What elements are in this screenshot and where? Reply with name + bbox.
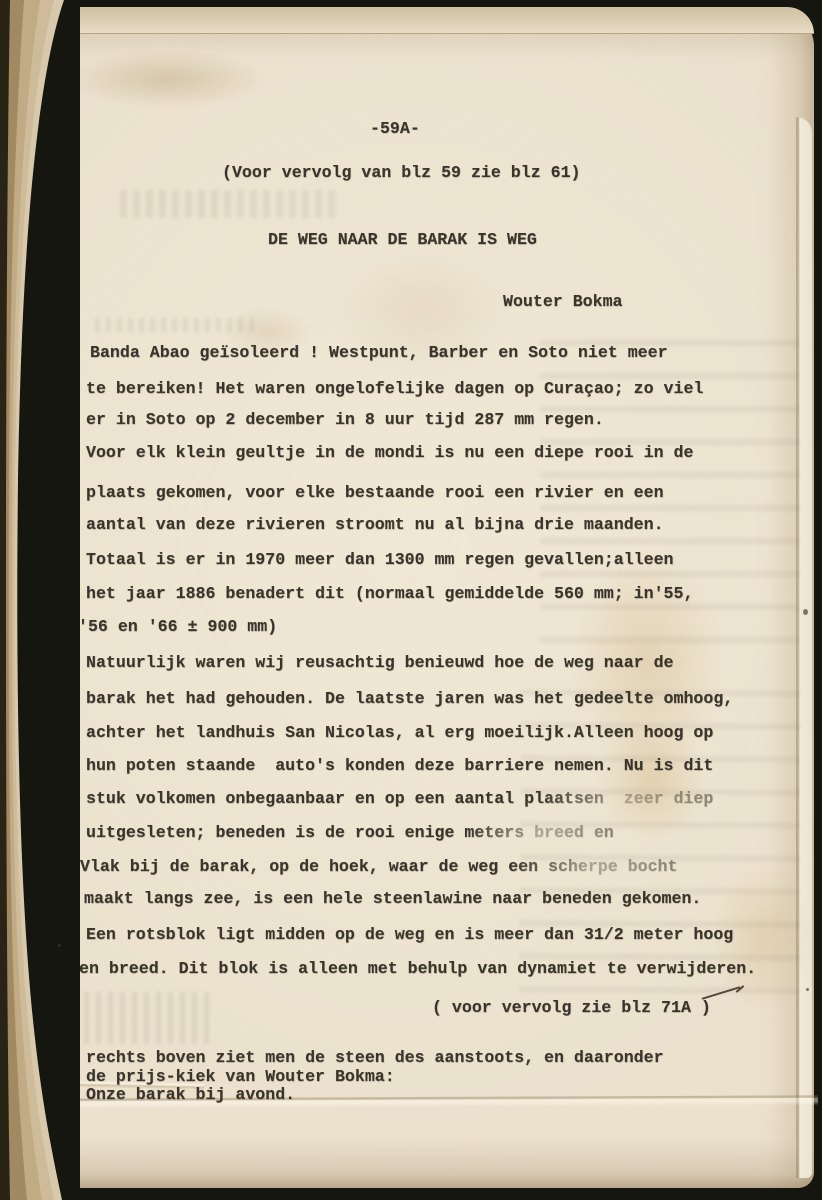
- body-line: er in Soto op 2 december in 8 uur tijd 2…: [86, 411, 604, 429]
- body-line: stuk volkomen onbegaanbaar en op een aan…: [86, 790, 713, 808]
- paper-speck: [58, 944, 61, 947]
- caption-line: rechts boven ziet men de steen des aanst…: [86, 1049, 664, 1067]
- body-line: uitgesleten; beneden is de rooi enige me…: [86, 824, 614, 842]
- body-line: Totaal is er in 1970 meer dan 1300 mm re…: [86, 551, 674, 569]
- paper-speck: [803, 609, 808, 615]
- body-line: en breed. Dit blok is alleen met behulp …: [79, 960, 756, 978]
- body-line: hun poten staande auto's konden deze bar…: [86, 757, 713, 775]
- body-line: achter het landhuis San Nicolas, al erg …: [86, 724, 713, 742]
- body-line: barak het had gehouden. De laatste jaren…: [86, 690, 733, 708]
- caption-line: de prijs-kiek van Wouter Bokma:: [86, 1068, 395, 1086]
- paper-speck: [806, 988, 809, 991]
- body-line: plaats gekomen, voor elke bestaande rooi…: [86, 484, 664, 502]
- body-line: Vlak bij de barak, op de hoek, waar de w…: [80, 858, 677, 876]
- continuation-note-bottom: ( voor vervolg zie blz 71A ): [432, 999, 711, 1017]
- body-line: Banda Abao geïsoleerd ! Westpunt, Barber…: [90, 344, 668, 362]
- page-number: -59A-: [370, 120, 420, 138]
- page-top-edge: [12, 7, 814, 34]
- body-line: Natuurlijk waren wij reusachtig benieuwd…: [86, 654, 674, 672]
- body-line: Voor elk klein geultje in de mondi is nu…: [86, 444, 693, 462]
- body-line: maakt langs zee, is een hele steenlawine…: [84, 890, 701, 908]
- page-stack-edge: [0, 0, 80, 1200]
- article-title: DE WEG NAAR DE BARAK IS WEG: [268, 231, 537, 249]
- continuation-note-top: (Voor vervolg van blz 59 zie blz 61): [222, 164, 580, 182]
- body-line: aantal van deze rivieren stroomt nu al b…: [86, 516, 664, 534]
- body-line: Een rotsblok ligt midden op de weg en is…: [86, 926, 733, 944]
- paper-stain: [67, 49, 267, 109]
- book-photo: -59A- (Voor vervolg van blz 59 zie blz 6…: [0, 0, 822, 1200]
- body-line: het jaar 1886 benadert dit (normaal gemi…: [86, 585, 693, 603]
- author-name: Wouter Bokma: [503, 293, 623, 311]
- caption-line: Onze barak bij avond.: [86, 1086, 295, 1104]
- body-line: '56 en '66 ± 900 mm): [78, 618, 277, 636]
- underlying-page-edge: [796, 117, 812, 1178]
- body-line: te bereiken! Het waren ongelofelijke dag…: [86, 380, 703, 398]
